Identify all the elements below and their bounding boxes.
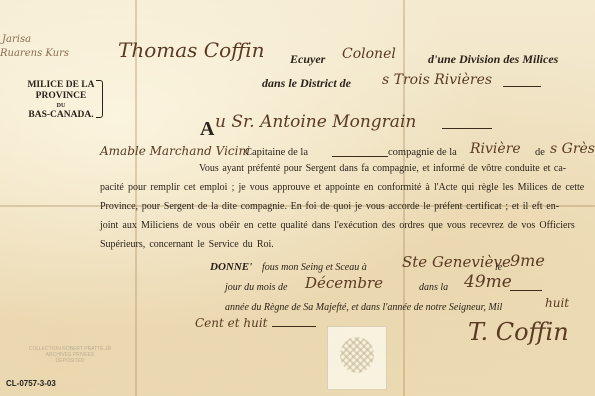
company-name: Rivière — [470, 141, 521, 157]
jour-label: jour du mois de — [225, 282, 288, 293]
header-title: Ecuyer — [290, 52, 325, 67]
seal-emboss-icon — [340, 337, 374, 373]
district-label: dans le District de — [262, 76, 351, 91]
archive-stamp: COLLECTION ROBERT PRATTE JR ARCHIVES PRI… — [20, 346, 120, 364]
body-line: pacité pour remplir cet emploi ; je vous… — [100, 182, 584, 193]
year-part-1: huit — [545, 296, 569, 310]
body-line: Supérieurs, concernant le Service du Roi… — [100, 239, 274, 250]
label-line: PROVINCE — [22, 91, 100, 102]
captain-label: Capitaine de la — [245, 147, 308, 158]
rule — [332, 156, 388, 157]
rule — [442, 128, 492, 129]
day: 9me — [510, 251, 545, 270]
label-line: MILICE DE LA — [22, 80, 100, 91]
dans-la-label: dans la — [419, 282, 448, 293]
captain-name: Amable Marchand Vicini — [100, 144, 250, 158]
label-line: BAS-CANADA. — [22, 110, 100, 121]
fold-line — [403, 0, 405, 396]
donne-label: DONNE' — [210, 261, 252, 273]
rule — [503, 86, 541, 87]
militia-label: MILICE DE LA PROVINCE DU BAS-CANADA. — [22, 80, 100, 121]
signature: T. Coffin — [468, 318, 569, 346]
reign-year: 49me — [464, 272, 512, 292]
embossed-seal — [327, 326, 387, 390]
body-line: Vous ayant préfenté pour Sergent dans fa… — [199, 163, 566, 174]
margin-note-2: Ruarens Kurs — [0, 48, 69, 59]
reference-code: CL-0757-3-03 — [6, 379, 56, 388]
month: Décembre — [305, 274, 383, 292]
addressee-name: u Sr. Antoine Mongrain — [215, 112, 416, 132]
brace-icon — [96, 80, 103, 118]
document-paper: Jarisa Ruarens Kurs Thomas Coffin Ecuyer… — [0, 0, 595, 396]
addressee-prefix: A — [200, 118, 214, 141]
donne-text: fous mon Seing et Sceau à — [262, 262, 367, 273]
year-part-2: Cent et huit — [195, 316, 268, 330]
issuer-name: Thomas Coffin — [118, 38, 265, 62]
annee-text: année du Règne de Sa Majefté, et dans l'… — [225, 302, 502, 313]
label-line: DU — [22, 102, 100, 110]
company-label: compagnie de la — [388, 147, 457, 158]
body-line: joint aux Miliciens de vous obéir en cet… — [100, 220, 575, 231]
body-line: Province, pour Sergent de la dite compag… — [100, 201, 559, 212]
stamp-line: DEPOSITED — [20, 358, 120, 364]
rule — [272, 326, 316, 327]
rank: Colonel — [342, 46, 396, 62]
division-text: d'une Division des Milices — [428, 52, 558, 67]
margin-note-1: Jarisa — [2, 34, 31, 45]
company-place: s Grès — [550, 141, 595, 157]
rule — [510, 290, 542, 291]
district-name: s Trois Rivières — [382, 72, 492, 88]
de-label: de — [535, 147, 545, 158]
